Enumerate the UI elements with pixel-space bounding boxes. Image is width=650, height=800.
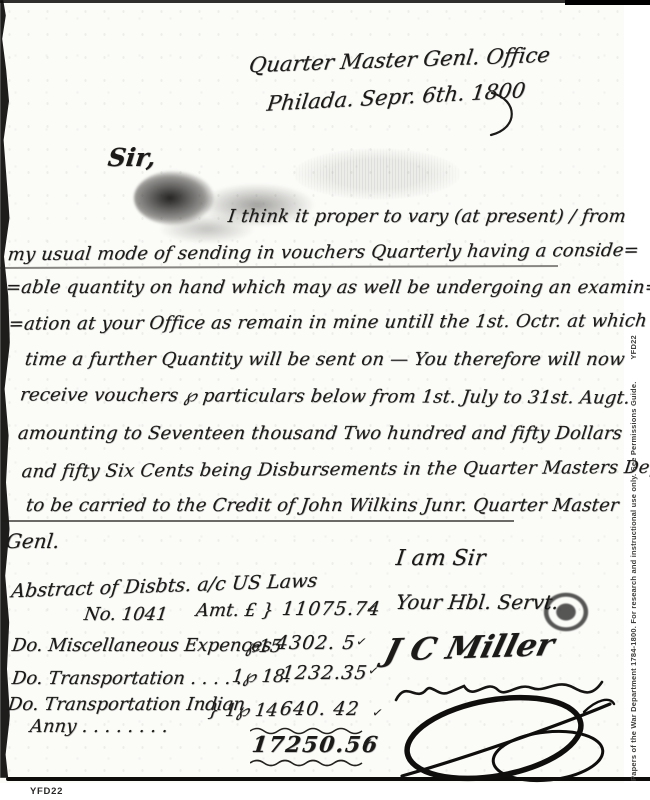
signature-flourish xyxy=(398,690,618,788)
abstract-row-label: Do. Miscellaneous Expences xyxy=(11,635,273,656)
total-rule-squiggle xyxy=(250,758,365,767)
body-line: my usual mode of sending in vouchers Qua… xyxy=(7,240,641,265)
signature-name: J C Miller xyxy=(381,627,558,669)
body-line-genl: Genl. xyxy=(5,529,61,553)
abstract-row-ref: } 1℘ 14 xyxy=(207,700,279,721)
abstract-row-amount: 640. 42 xyxy=(279,698,361,720)
body-line: to be carried to the Credit of John Wilk… xyxy=(25,495,620,516)
date-flourish xyxy=(486,88,524,140)
abstract-row-amount: 1232.35 xyxy=(281,662,369,684)
scan-edge-top-right xyxy=(565,0,650,5)
closing-your-servant: Your Hbl. Servt. xyxy=(395,590,560,614)
scan-edge-top xyxy=(0,0,575,3)
side-note-code: YFD22 xyxy=(629,335,638,359)
salutation: Sir, xyxy=(106,143,157,172)
body-line: receive vouchers ℘ particulars below fro… xyxy=(19,384,631,408)
ink-bleed-band xyxy=(293,148,461,200)
abstract-row-label: No. 1041 xyxy=(83,604,169,625)
abstract-row-label: Do. Transportation . . . . . xyxy=(11,668,244,689)
body-line: and fifty Six Cents being Disbursements … xyxy=(21,457,650,483)
side-note-text: Papers of the War Department 1784-1800. … xyxy=(629,382,638,781)
body-line: =able quantity on hand which may as well… xyxy=(5,277,650,298)
crease-line xyxy=(2,520,514,522)
body-line: time a further Quantity will be sent on … xyxy=(24,349,626,370)
scanned-letter-page: Quarter Master Genl. Office Philada. Sep… xyxy=(0,0,650,800)
body-line: amounting to Seventeen thousand Two hund… xyxy=(17,423,624,444)
abstract-row-ref: Amt. £ } xyxy=(195,600,275,621)
closing-i-am-sir: I am Sir xyxy=(394,546,486,571)
servant-ink-flourish xyxy=(543,592,589,632)
body-line: I think it proper to vary (at present) /… xyxy=(227,206,628,227)
abstract-row-label2: Anny . . . . . . . . xyxy=(29,716,169,737)
abstract-row-amount: 4302. 5 xyxy=(275,632,357,654)
body-line: =ation at your Office as remain in mine … xyxy=(8,310,649,334)
archival-side-note: Papers of the War Department 1784-1800. … xyxy=(629,335,638,781)
archival-bottom-code: YFD22 xyxy=(30,786,63,797)
